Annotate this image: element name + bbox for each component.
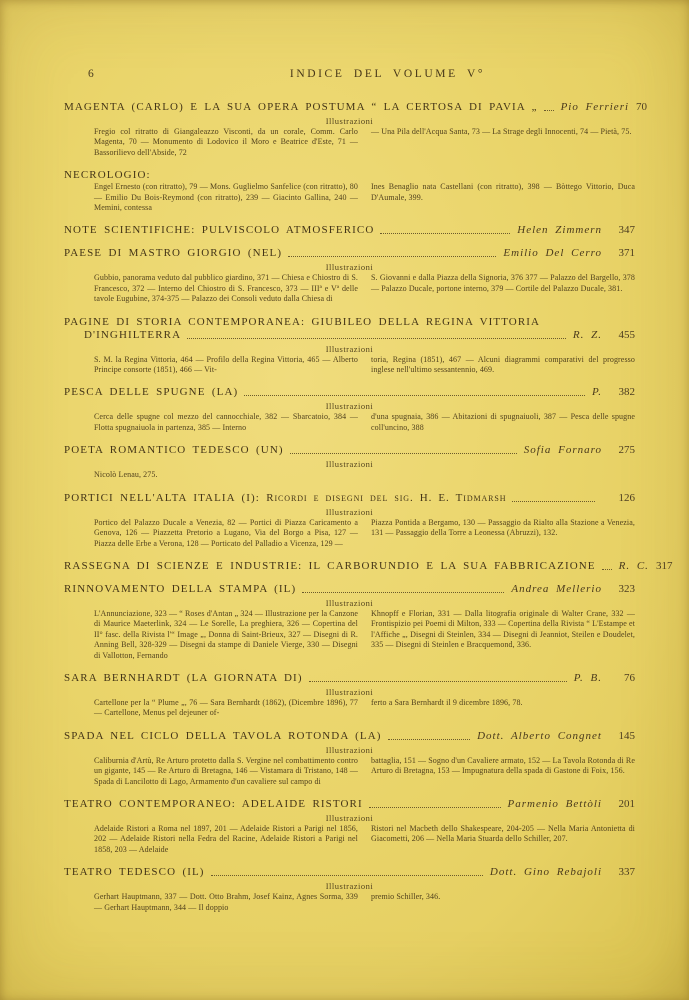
illustrations-right-column: Ristori nel Macbeth dello Shakespeare, 2… [371,824,635,855]
entry-heading-tail: Dott. Gino Rebajoli 337 [205,866,635,878]
entry-page-number: 201 [609,798,635,810]
entry-title: POETA ROMANTICO TEDESCO (UN) [64,444,284,456]
entry-heading-tail: Emilio Del Cerro 371 [282,247,635,259]
illustrations-left-column: L'Annunciazione, 323 — “ Roses d'Antan „… [94,609,358,661]
entry-heading-tail: P. 382 [238,386,635,398]
dotted-leader [369,807,501,808]
illustrations-label: Illustrazioni [64,813,635,823]
illustrations-right-column: d'una spugnaia, 386 — Abitazioni di spug… [371,412,635,433]
entry-page-number: 70 [636,101,647,113]
dotted-leader [380,233,510,234]
entry-heading-tail: Andrea Mellerio 323 [296,583,635,595]
index-entry: MAGENTA (CARLO) E LA SUA OPERA POSTUMA “… [64,101,635,158]
illustrations-right-column: toria, Regina (1851), 467 — Alcuni diagr… [371,355,635,376]
dotted-leader [602,569,612,570]
entry-heading-row: PESCA DELLE SPUGNE (LA) P. 382 [64,386,635,398]
illustrations-columns: Caliburnia d'Artù, Re Arturo protetto da… [94,756,635,787]
entry-author: P. [592,386,602,398]
entry-title: MAGENTA (CARLO) E LA SUA OPERA POSTUMA “… [64,101,538,113]
index-entry: SARA BERNHARDT (LA GIORNATA DI) P. B. 76… [64,672,635,719]
dotted-leader [187,338,566,339]
illustrations-right-column: Ines Benaglio nata Castellani (con ritra… [371,182,635,213]
illustrations-left-column: Engel Ernesto (con ritratto), 79 — Mons.… [94,182,358,213]
entry-heading-row: PORTICI NELL'ALTA ITALIA (I): Ricordi e … [64,492,635,504]
illustrations-label: Illustrazioni [64,745,635,755]
entry-heading-row: SARA BERNHARDT (LA GIORNATA DI) P. B. 76 [64,672,635,684]
index-entry: PAESE DI MASTRO GIORGIO (NEL) Emilio Del… [64,247,635,304]
dotted-leader [309,681,567,682]
entry-author: Parmenio Bettòli [508,798,602,810]
index-entry: NECROLOGIO: Engel Ernesto (con ritratto)… [64,169,635,213]
dotted-leader [288,256,496,257]
index-entry: POETA ROMANTICO TEDESCO (UN) Sofia Forna… [64,444,635,480]
dotted-leader [244,395,585,396]
entry-heading-tail: Dott. Alberto Congnet 145 [382,730,635,742]
illustrations-columns: L'Annunciazione, 323 — “ Roses d'Antan „… [94,609,635,661]
entry-heading-row: SPADA NEL CICLO DELLA TAVOLA ROTONDA (LA… [64,730,635,742]
illustrations-columns: Nicolò Lenau, 275. [94,470,635,480]
illustrations-left-column: S. M. la Regina Vittoria, 464 — Profilo … [94,355,358,376]
illustrations-label: Illustrazioni [64,262,635,272]
index-entry: TEATRO CONTEMPORANEO: ADELAIDE RISTORI P… [64,798,635,855]
illustrations-left-column: Nicolò Lenau, 275. [94,470,358,480]
entry-page-number: 382 [609,386,635,398]
entry-heading-row: RINNOVAMENTO DELLA STAMPA (IL) Andrea Me… [64,583,635,595]
illustrations-left-column: Cartellone per la “ Plume „, 76 — Sara B… [94,698,358,719]
illustrations-label: Illustrazioni [64,116,635,126]
page-content: 6 INDICE DEL VOLUME V° MAGENTA (CARLO) E… [64,68,635,924]
entry-title: PESCA DELLE SPUGNE (LA) [64,386,238,398]
entry-page-number: 76 [609,672,635,684]
illustrations-left-column: Portico del Palazzo Ducale a Venezia, 82… [94,518,358,549]
illustrations-columns: S. M. la Regina Vittoria, 464 — Profilo … [94,355,635,376]
page-title: INDICE DEL VOLUME V° [64,68,635,80]
entry-title: NOTE SCIENTIFICHE: PULVISCOLO ATMOSFERIC… [64,224,374,236]
index-entry: PAGINE DI STORIA CONTEMPORANEA: GIUBILEO… [64,316,635,376]
entry-author: Dott. Gino Rebajoli [490,866,602,878]
entry-heading-tail: 126 [506,492,635,504]
index-entry: PORTICI NELL'ALTA ITALIA (I): Ricordi e … [64,492,635,549]
index-entry: TEATRO TEDESCO (IL) Dott. Gino Rebajoli … [64,866,635,913]
entry-heading-row-2: D'INGHILTERRA R. Z. 455 [84,329,635,341]
entry-heading-row: NECROLOGIO: [64,169,635,181]
index-entry: RINNOVAMENTO DELLA STAMPA (IL) Andrea Me… [64,583,635,661]
illustrations-label: Illustrazioni [64,344,635,354]
dotted-leader [388,739,471,740]
entry-heading-row: PAESE DI MASTRO GIORGIO (NEL) Emilio Del… [64,247,635,259]
entry-heading-row: NOTE SCIENTIFICHE: PULVISCOLO ATMOSFERIC… [64,224,635,236]
entry-heading-tail: Pio Ferrieri 70 [538,101,635,113]
illustrations-columns: Cerca delle spugne col mezzo del cannocc… [94,412,635,433]
entry-author: Emilio Del Cerro [503,247,602,259]
illustrations-label: Illustrazioni [64,881,635,891]
illustrations-right-column: Khnopff e Florian, 331 — Dalla litografi… [371,609,635,661]
entry-page-number: 317 [656,560,673,572]
entry-title: PORTICI NELL'ALTA ITALIA (I): Ricordi e … [64,492,506,504]
illustrations-label: Illustrazioni [64,598,635,608]
dotted-leader [544,110,554,111]
entry-page-number: 337 [609,866,635,878]
entry-title: RASSEGNA DI SCIENZE E INDUSTRIE: IL CARB… [64,560,596,572]
entry-title: TEATRO CONTEMPORANEO: ADELAIDE RISTORI [64,798,363,810]
entry-heading-row: TEATRO TEDESCO (IL) Dott. Gino Rebajoli … [64,866,635,878]
entry-title: TEATRO TEDESCO (IL) [64,866,205,878]
entry-author: Helen Zimmern [517,224,602,236]
entry-heading-row: POETA ROMANTICO TEDESCO (UN) Sofia Forna… [64,444,635,456]
entry-author: R. C. [619,560,649,572]
dotted-leader [302,592,504,593]
entry-title: RINNOVAMENTO DELLA STAMPA (IL) [64,583,296,595]
index-entry: SPADA NEL CICLO DELLA TAVOLA ROTONDA (LA… [64,730,635,787]
illustrations-label: Illustrazioni [64,401,635,411]
illustrations-right-column: premio Schiller, 346. [371,892,635,913]
entry-author: Sofia Fornaro [524,444,602,456]
illustrations-left-column: Gerhart Hauptmann, 337 — Dott. Otto Brah… [94,892,358,913]
index-entry: PESCA DELLE SPUGNE (LA) P. 382 Illustraz… [64,386,635,433]
index-entry: NOTE SCIENTIFICHE: PULVISCOLO ATMOSFERIC… [64,224,635,236]
page-header: 6 INDICE DEL VOLUME V° [64,68,635,83]
entry-page-number: 371 [609,247,635,259]
dotted-leader [290,453,517,454]
entry-page-number: 126 [609,492,635,504]
entry-heading-row: PAGINE DI STORIA CONTEMPORANEA: GIUBILEO… [64,316,635,328]
entry-heading-tail: Parmenio Bettòli 201 [363,798,635,810]
entry-title: PAESE DI MASTRO GIORGIO (NEL) [64,247,282,259]
illustrations-columns: Fregio col ritratto di Giangaleazzo Visc… [94,127,635,158]
illustrations-label: Illustrazioni [64,459,635,469]
entry-heading-tail: Sofia Fornaro 275 [284,444,635,456]
entry-heading-row: TEATRO CONTEMPORANEO: ADELAIDE RISTORI P… [64,798,635,810]
illustrations-left-column: Gubbio, panorama veduto dal pubblico gia… [94,273,358,304]
scanned-index-page: 6 INDICE DEL VOLUME V° MAGENTA (CARLO) E… [0,0,689,1000]
entry-heading-row: MAGENTA (CARLO) E LA SUA OPERA POSTUMA “… [64,101,635,113]
illustrations-columns: Cartellone per la “ Plume „, 76 — Sara B… [94,698,635,719]
illustrations-left-column: Adelaide Ristori a Roma nel 1897, 201 — … [94,824,358,855]
entry-author: R. Z. [573,329,602,341]
index-entries: MAGENTA (CARLO) E LA SUA OPERA POSTUMA “… [64,101,635,913]
entry-page-number: 323 [609,583,635,595]
entry-title: PAGINE DI STORIA CONTEMPORANEA: GIUBILEO… [64,316,540,328]
illustrations-label: Illustrazioni [64,687,635,697]
illustrations-columns: Adelaide Ristori a Roma nel 1897, 201 — … [94,824,635,855]
entry-author: Dott. Alberto Congnet [477,730,602,742]
illustrations-left-column: Cerca delle spugne col mezzo del cannocc… [94,412,358,433]
entry-page-number: 145 [609,730,635,742]
dotted-leader [211,875,483,876]
entry-title-continued: D'INGHILTERRA [84,329,181,341]
dotted-leader [512,501,595,502]
entry-page-number: 455 [609,329,635,341]
illustrations-right-column: S. Giovanni e dalla Piazza della Signori… [371,273,635,304]
entry-heading-tail: P. B. 76 [303,672,635,684]
entry-page-number: 347 [609,224,635,236]
illustrations-columns: Gubbio, panorama veduto dal pubblico gia… [94,273,635,304]
illustrations-right-column: Piazza Pontida a Bergamo, 130 — Passaggi… [371,518,635,549]
entry-heading-tail: R. C. 317 [596,560,635,572]
entry-page-number: 275 [609,444,635,456]
entry-author: P. B. [574,672,602,684]
illustrations-columns: Engel Ernesto (con ritratto), 79 — Mons.… [94,182,635,213]
illustrations-columns: Gerhart Hauptmann, 337 — Dott. Otto Brah… [94,892,635,913]
entry-title: SARA BERNHARDT (LA GIORNATA DI) [64,672,303,684]
illustrations-right-column: — Una Pila dell'Acqua Santa, 73 — La Str… [371,127,635,158]
illustrations-label: Illustrazioni [64,507,635,517]
illustrations-right-column: ferto a Sara Bernhardt il 9 dicembre 189… [371,698,635,719]
entry-title: NECROLOGIO: [64,169,151,181]
entry-heading-tail: Helen Zimmern 347 [374,224,635,236]
illustrations-columns: Portico del Palazzo Ducale a Venezia, 82… [94,518,635,549]
entry-title: SPADA NEL CICLO DELLA TAVOLA ROTONDA (LA… [64,730,382,742]
illustrations-left-column: Caliburnia d'Artù, Re Arturo protetto da… [94,756,358,787]
entry-heading-row: RASSEGNA DI SCIENZE E INDUSTRIE: IL CARB… [64,560,635,572]
illustrations-left-column: Fregio col ritratto di Giangaleazzo Visc… [94,127,358,158]
entry-heading-tail: R. Z. 455 [181,329,635,341]
illustrations-right-column: battaglia, 151 — Sogno d'un Cavaliere ar… [371,756,635,787]
entry-author: Pio Ferrieri [561,101,629,113]
index-entry: RASSEGNA DI SCIENZE E INDUSTRIE: IL CARB… [64,560,635,572]
entry-author: Andrea Mellerio [511,583,602,595]
